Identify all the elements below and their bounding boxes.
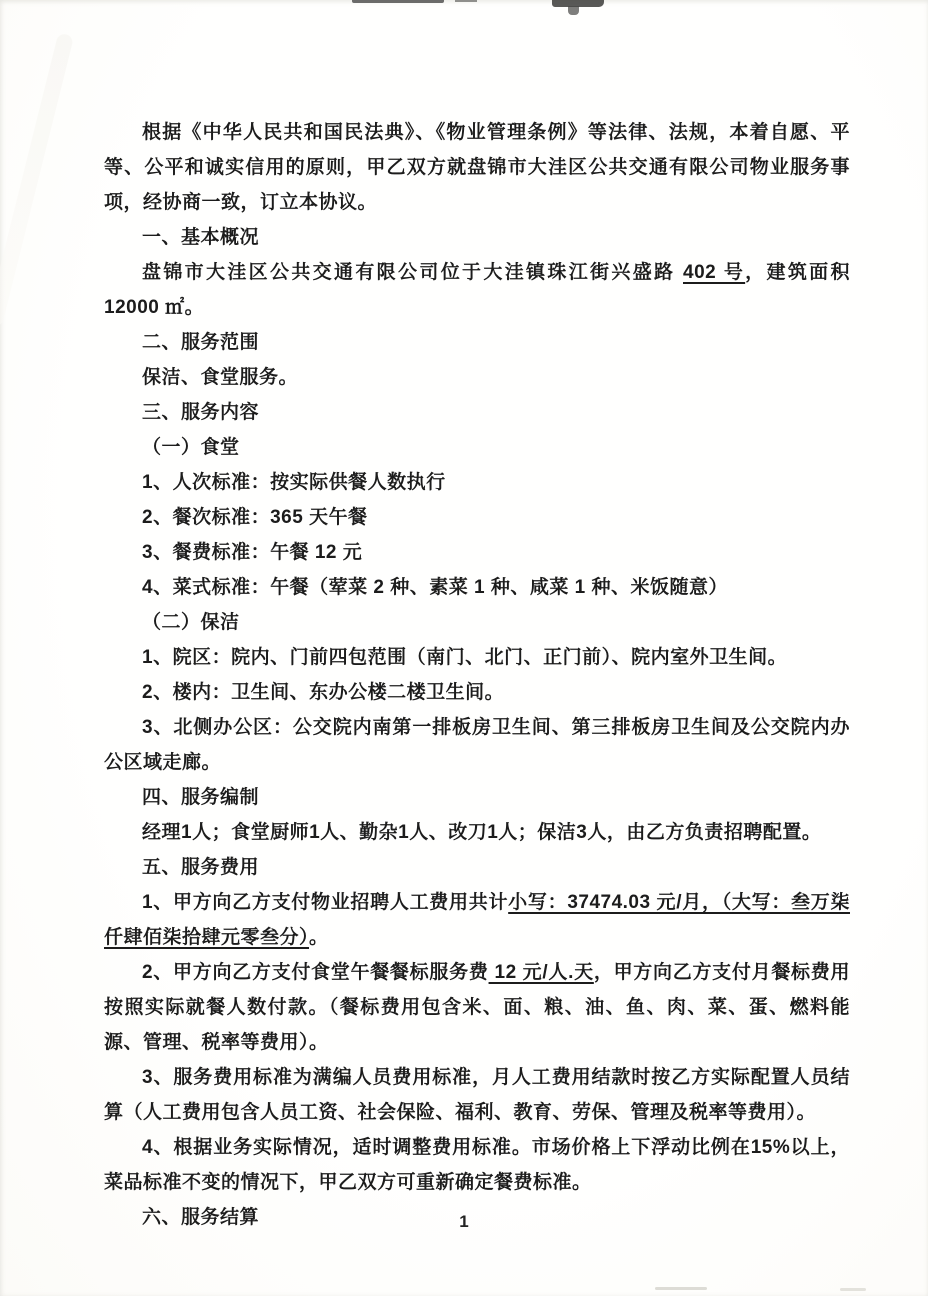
scan-streak xyxy=(0,33,74,328)
text-run: （一）食堂 xyxy=(142,437,240,458)
text-run: 盘锦市大洼区公共交通有限公司位于大洼镇珠江街兴盛路 xyxy=(142,262,683,283)
text-run: 经理1人；食堂厨师1人、勤杂1人、改刀1人；保洁3人，由乙方负责招聘配置。 xyxy=(142,822,821,843)
section-heading: 二、服务范围 xyxy=(104,325,850,360)
contract-body: 根据《中华人民共和国民法典》、《物业管理条例》等法律、法规，本着自愿、平等、公平… xyxy=(104,115,850,1235)
text-run: 五、服务费用 xyxy=(142,857,259,878)
text-run: 2、楼内：卫生间、东办公楼二楼卫生间。 xyxy=(142,682,504,703)
paragraph: 根据《中华人民共和国民法典》、《物业管理条例》等法律、法规，本着自愿、平等、公平… xyxy=(104,115,850,220)
list-item: 3、服务费用标准为满编人员费用标准，月人工费用结款时按乙方实际配置人员结算（人工… xyxy=(104,1060,850,1130)
scan-artifact-top-blob xyxy=(552,0,604,7)
text-run: 1、人次标准：按实际供餐人数执行 xyxy=(142,472,446,493)
text-run: 根据《中华人民共和国民法典》、《物业管理条例》等法律、法规，本着自愿、平等、公平… xyxy=(104,122,850,213)
list-item: 3、餐费标准：午餐 12 元 xyxy=(104,535,850,570)
list-item: 3、北侧办公区：公交院内南第一排板房卫生间、第三排板房卫生间及公交院内办公区域走… xyxy=(104,710,850,780)
list-item: 4、菜式标准：午餐（荤菜 2 种、素菜 1 种、咸菜 1 种、米饭随意） xyxy=(104,570,850,605)
text-run: 1、甲方向乙方支付物业招聘人工费用共计 xyxy=(142,892,508,913)
paragraph: 盘锦市大洼区公共交通有限公司位于大洼镇珠江街兴盛路 402 号，建筑面积 120… xyxy=(104,255,850,325)
text-run: 三、服务内容 xyxy=(142,402,259,423)
scan-artifact-top-dash xyxy=(455,0,477,2)
text-run: 3、北侧办公区：公交院内南第一排板房卫生间、第三排板房卫生间及公交院内办公区域走… xyxy=(104,717,850,773)
text-run: 3、服务费用标准为满编人员费用标准，月人工费用结款时按乙方实际配置人员结算（人工… xyxy=(104,1067,850,1123)
list-item: 4、根据业务实际情况，适时调整费用标准。市场价格上下浮动比例在15%以上，菜品标… xyxy=(104,1130,850,1200)
text-run: 一、基本概况 xyxy=(142,227,259,248)
scan-artifact-top-blob xyxy=(568,6,579,15)
section-heading: 五、服务费用 xyxy=(104,850,850,885)
list-item: 2、甲方向乙方支付食堂午餐餐标服务费 12 元/人.天，甲方向乙方支付月餐标费用… xyxy=(104,955,850,1060)
text-run: 4、菜式标准：午餐（荤菜 2 种、素菜 1 种、咸菜 1 种、米饭随意） xyxy=(142,577,728,598)
scan-artifact-bottom-smudge xyxy=(840,1288,866,1291)
text-run: 四、服务编制 xyxy=(142,787,259,808)
scan-artifact-top-dash xyxy=(352,0,444,3)
section-heading: 一、基本概况 xyxy=(104,220,850,255)
paragraph: 经理1人；食堂厨师1人、勤杂1人、改刀1人；保洁3人，由乙方负责招聘配置。 xyxy=(104,815,850,850)
list-item: 1、院区：院内、门前四包范围（南门、北门、正门前）、院内室外卫生间。 xyxy=(104,640,850,675)
section-heading: 三、服务内容 xyxy=(104,395,850,430)
list-item: 1、甲方向乙方支付物业招聘人工费用共计小写：37474.03 元/月，（大写：叁… xyxy=(104,885,850,955)
sub-heading: （二）保洁 xyxy=(104,605,850,640)
text-run: 。 xyxy=(309,927,329,948)
text-run: 二、服务范围 xyxy=(142,332,259,353)
underlined-text: 12 元/人.天 xyxy=(489,962,594,983)
section-heading: 四、服务编制 xyxy=(104,780,850,815)
text-run: 4、根据业务实际情况，适时调整费用标准。市场价格上下浮动比例在15%以上，菜品标… xyxy=(104,1137,850,1193)
list-item: 2、楼内：卫生间、东办公楼二楼卫生间。 xyxy=(104,675,850,710)
text-run: 1、院区：院内、门前四包范围（南门、北门、正门前）、院内室外卫生间。 xyxy=(142,647,787,668)
paragraph: 保洁、食堂服务。 xyxy=(104,360,850,395)
underlined-text: 402 号 xyxy=(683,262,745,283)
sub-heading: （一）食堂 xyxy=(104,430,850,465)
list-item: 2、餐次标准：365 天午餐 xyxy=(104,500,850,535)
document-page: 根据《中华人民共和国民法典》、《物业管理条例》等法律、法规，本着自愿、平等、公平… xyxy=(0,0,928,1296)
text-run: 2、甲方向乙方支付食堂午餐餐标服务费 xyxy=(142,962,489,983)
page-number: 1 xyxy=(0,1211,928,1233)
list-item: 1、人次标准：按实际供餐人数执行 xyxy=(104,465,850,500)
text-run: （二）保洁 xyxy=(142,612,240,633)
text-run: 2、餐次标准：365 天午餐 xyxy=(142,507,368,528)
scan-artifact-bottom-smudge xyxy=(655,1287,707,1290)
text-run: 3、餐费标准：午餐 12 元 xyxy=(142,542,362,563)
text-run: 保洁、食堂服务。 xyxy=(142,367,298,388)
